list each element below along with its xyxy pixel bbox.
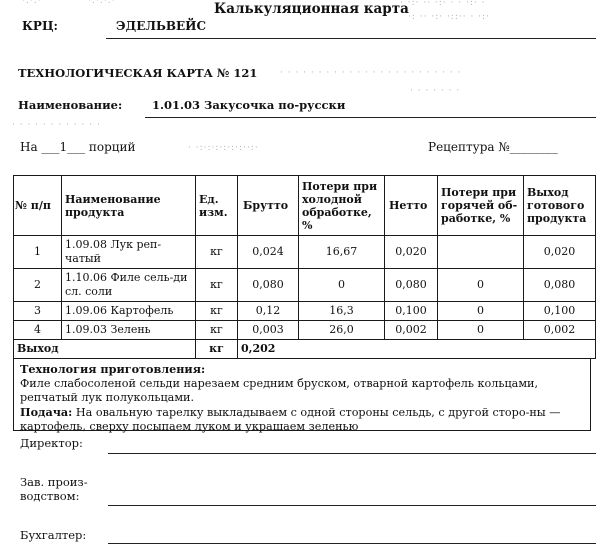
cell-output: 0,020: [524, 236, 596, 269]
cell-brutto: 0,003: [238, 321, 299, 340]
scan-noise: · · · · · · · · · · · ·: [12, 120, 101, 130]
production-head-label: Зав. произ-водством:: [20, 475, 100, 503]
dish-name-value: 1.01.03 Закусочка по-русски: [152, 98, 345, 112]
col-header-hot-loss: Потери при горячей об-работке, %: [438, 176, 524, 236]
table-total-row: Выход кг 0,202: [14, 340, 596, 359]
cell-cold-loss: 0: [299, 269, 385, 302]
cell-netto: 0,002: [385, 321, 438, 340]
cell-unit: кг: [196, 302, 238, 321]
cell-number: 3: [14, 302, 62, 321]
cell-cold-loss: 16,3: [299, 302, 385, 321]
cell-product: 1.09.08 Лук реп-чатый: [62, 236, 196, 269]
cell-output: 0,002: [524, 321, 596, 340]
technology-section: Технология приготовления: Филе слабосоле…: [13, 359, 591, 431]
col-header-brutto: Брутто: [238, 176, 299, 236]
table-header-row: № п/п Наименование продукта Ед. изм. Бру…: [14, 176, 596, 236]
director-label: Директор:: [20, 436, 83, 450]
table-row: 3 1.09.06 Картофель кг 0,12 16,3 0,100 0…: [14, 302, 596, 321]
cell-hot-loss: 0: [438, 321, 524, 340]
cell-product: 1.09.06 Картофель: [62, 302, 196, 321]
dish-name-underline: [145, 117, 596, 118]
col-header-cold-loss: Потери при холодной обработке, %: [299, 176, 385, 236]
cell-hot-loss: 0: [438, 269, 524, 302]
cell-brutto: 0,024: [238, 236, 299, 269]
document-title: Калькуляционная карта: [214, 1, 409, 17]
dish-name-label: Наименование:: [18, 98, 122, 112]
accountant-label: Бухгалтер:: [20, 528, 86, 542]
scan-noise: · · · · · · ·: [410, 86, 460, 96]
technology-heading: Технология приготовления:: [20, 362, 205, 376]
scan-noise: ·: ·· ·:· ·::·· · ·:·: [408, 12, 490, 22]
cell-unit: кг: [196, 269, 238, 302]
cell-netto: 0,020: [385, 236, 438, 269]
table-row: 1 1.09.08 Лук реп-чатый кг 0,024 16,67 0…: [14, 236, 596, 269]
col-header-netto: Нетто: [385, 176, 438, 236]
krc-underline: [106, 38, 596, 39]
production-head-signature-line[interactable]: [108, 505, 596, 506]
table-row: 4 1.09.03 Зелень кг 0,003 26,0 0,002 0 0…: [14, 321, 596, 340]
scan-noise: · · · · · · · · · · · · · · · · · · · · …: [280, 68, 461, 78]
total-value: 0,202: [238, 340, 596, 359]
cell-netto: 0,100: [385, 302, 438, 321]
cell-number: 4: [14, 321, 62, 340]
cell-unit: кг: [196, 321, 238, 340]
ingredients-table: № п/п Наименование продукта Ед. изм. Бру…: [13, 175, 596, 359]
scan-noise: · ·:·:·:·:·:·:··:·: [188, 143, 259, 153]
cell-output: 0,080: [524, 269, 596, 302]
cell-output: 0,100: [524, 302, 596, 321]
krc-value: ЭДЕЛЬВЕЙС: [116, 19, 206, 33]
director-signature-line[interactable]: [108, 453, 596, 454]
cell-product: 1.10.06 Филе сель-ди сл. соли: [62, 269, 196, 302]
tech-card-number: ТЕХНОЛОГИЧЕСКАЯ КАРТА № 121: [18, 66, 257, 80]
serving-label: Подача:: [20, 405, 72, 419]
portions-suffix: ___ порций: [67, 140, 135, 154]
recipe-number: Рецептура №________: [428, 140, 558, 154]
col-header-product: Наименование продукта: [62, 176, 196, 236]
cell-hot-loss: [438, 236, 524, 269]
serving-text: На овальную тарелку выкладываем с одной …: [20, 406, 560, 433]
krc-label: КРЦ:: [22, 19, 58, 33]
cell-brutto: 0,12: [238, 302, 299, 321]
cell-hot-loss: 0: [438, 302, 524, 321]
total-unit: кг: [196, 340, 238, 359]
table-row: 2 1.10.06 Филе сель-ди сл. соли кг 0,080…: [14, 269, 596, 302]
col-header-unit: Ед. изм.: [196, 176, 238, 236]
cell-netto: 0,080: [385, 269, 438, 302]
col-header-number: № п/п: [14, 176, 62, 236]
scan-noise: ·:·:· ·:·:·:·: [22, 0, 116, 6]
cell-product: 1.09.03 Зелень: [62, 321, 196, 340]
cell-unit: кг: [196, 236, 238, 269]
accountant-signature-line[interactable]: [108, 543, 596, 544]
cell-cold-loss: 26,0: [299, 321, 385, 340]
portions-count: 1: [59, 140, 67, 154]
portions-prefix: На ___: [20, 140, 59, 154]
col-header-output: Выход готового продукта: [524, 176, 596, 236]
cell-number: 1: [14, 236, 62, 269]
total-label: Выход: [14, 340, 196, 359]
cell-brutto: 0,080: [238, 269, 299, 302]
scan-noise: · ·:· ·· ·:· · · ·:· ·: [400, 0, 485, 8]
technology-text: Филе слабосоленой сельди нарезаем средни…: [20, 377, 590, 405]
cell-number: 2: [14, 269, 62, 302]
portions-line: На ___1___ порций: [20, 140, 136, 154]
cell-cold-loss: 16,67: [299, 236, 385, 269]
